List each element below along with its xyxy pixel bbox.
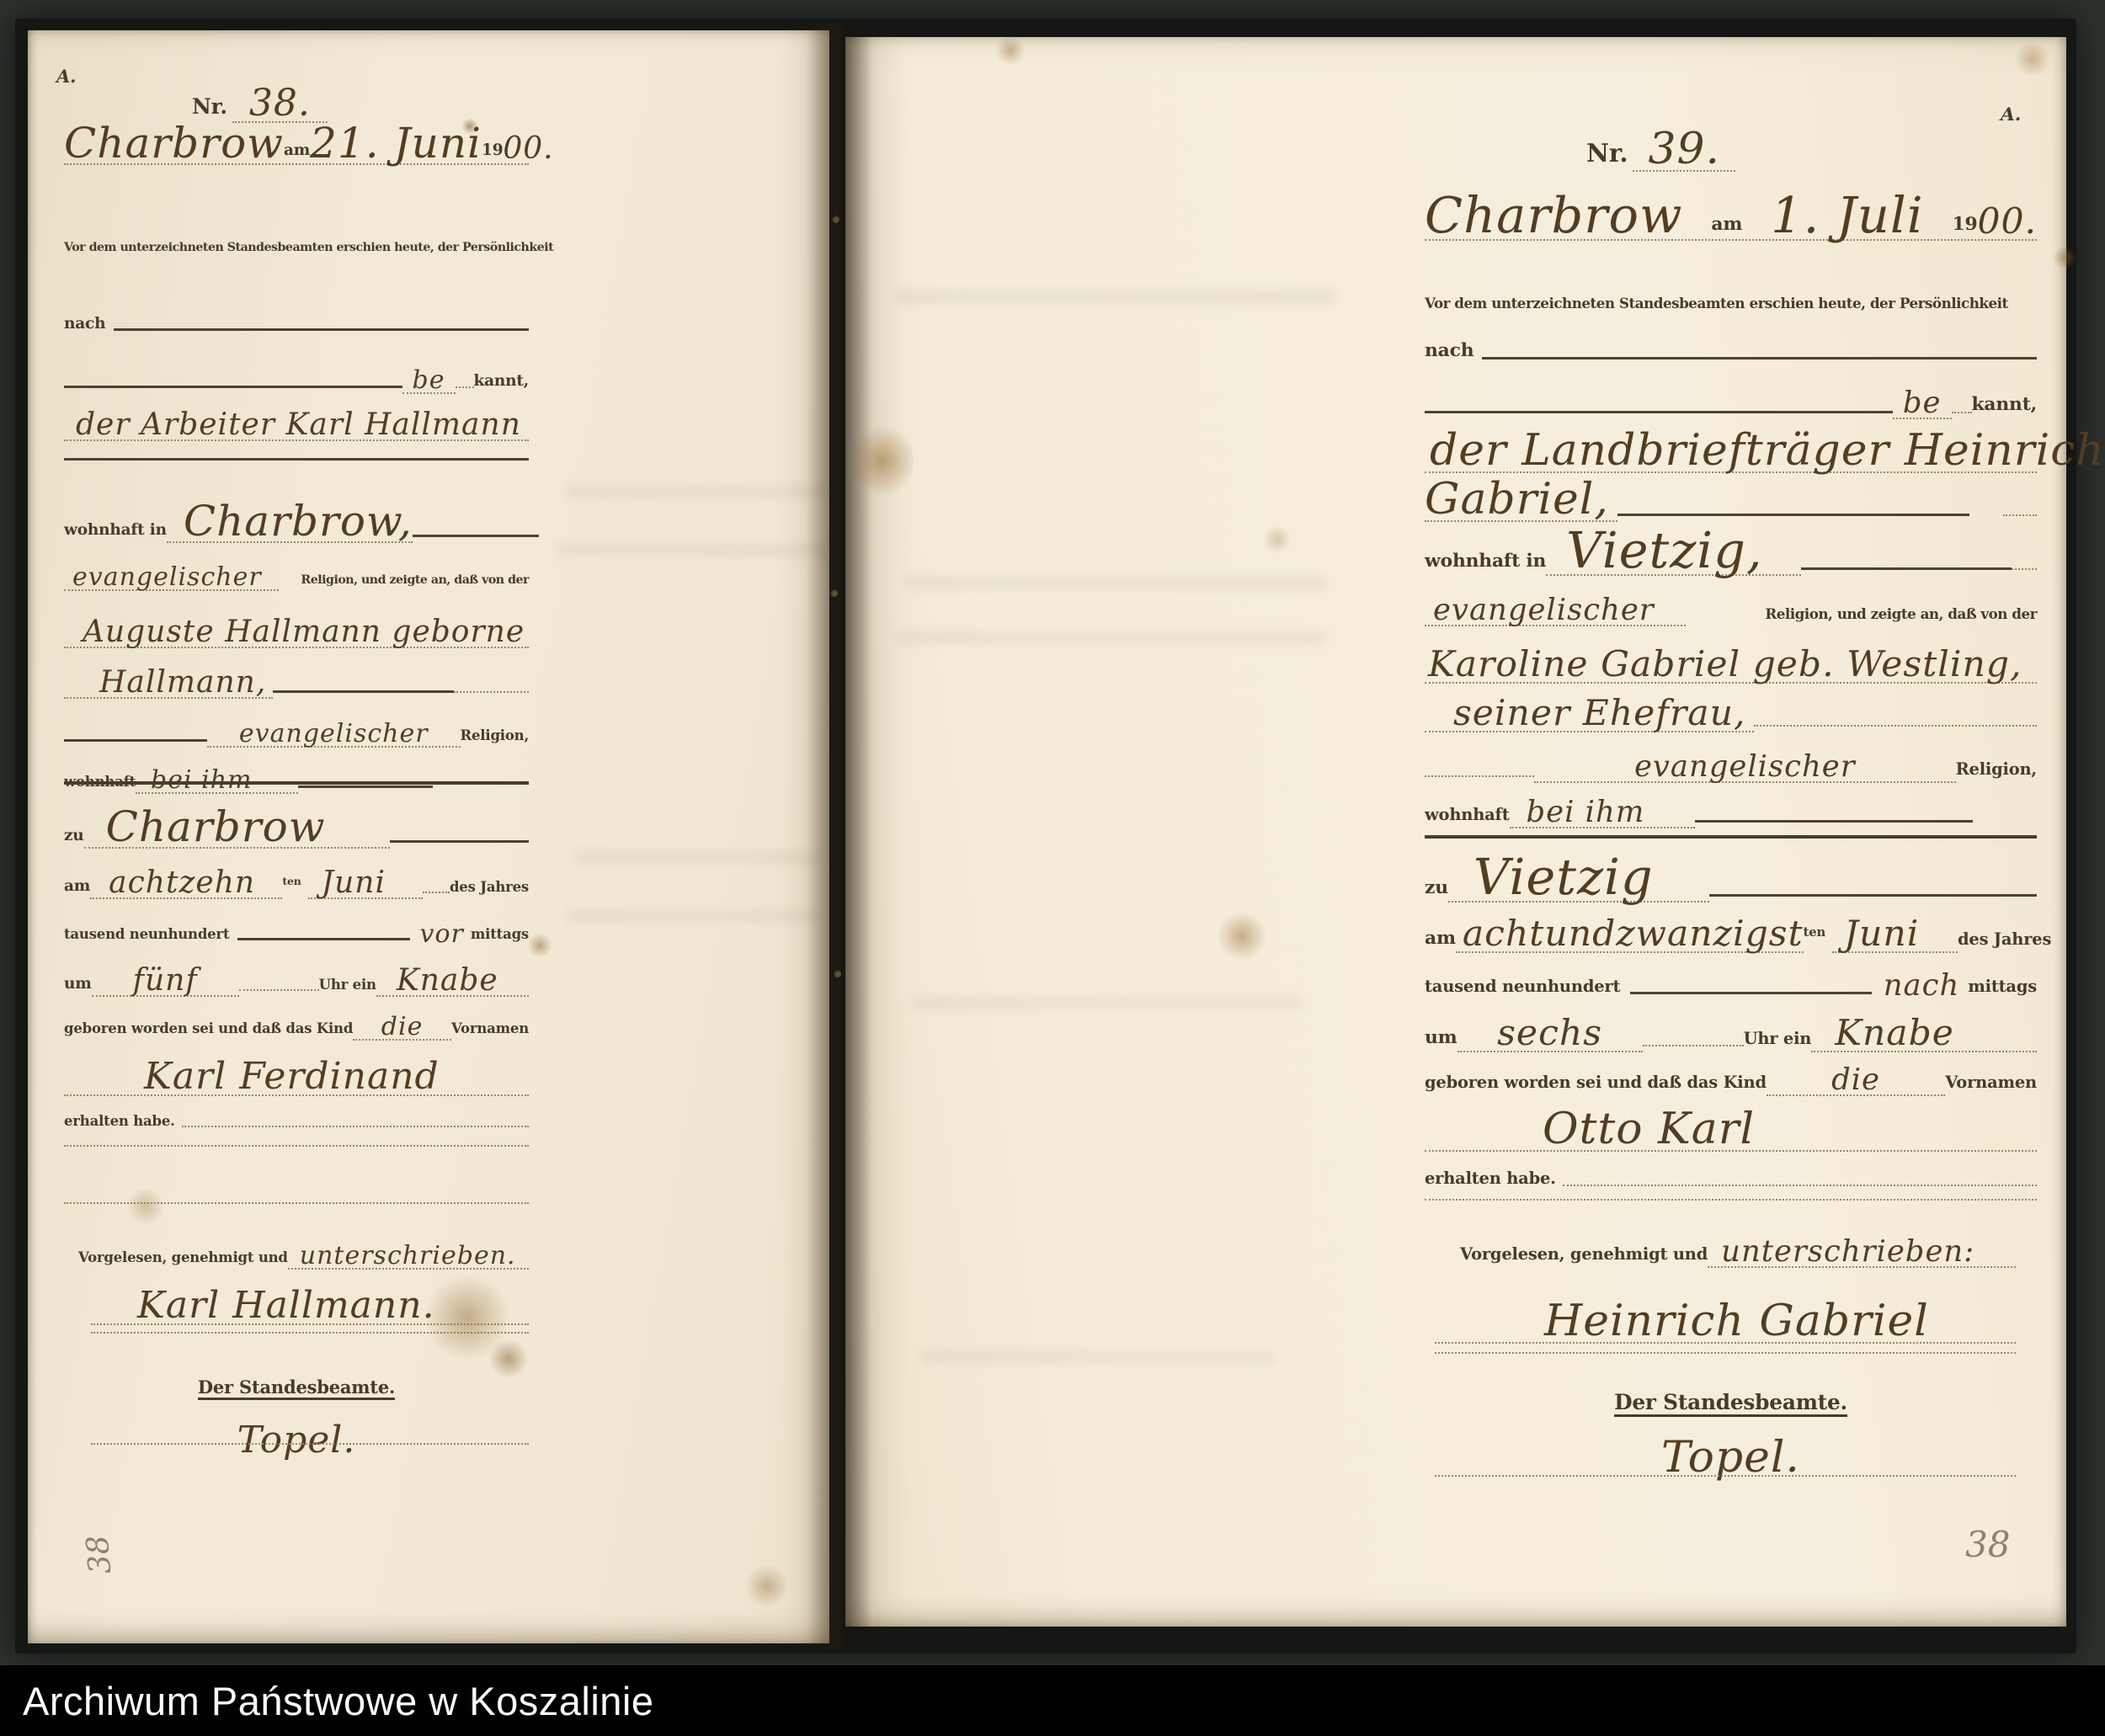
- archive-caption-text: Archiwum Państwowe w Koszalinie: [23, 1678, 654, 1724]
- empty-dotted-line: [1425, 1197, 2037, 1201]
- erhalten-row: erhalten habe.: [64, 1093, 529, 1133]
- erhalten-label: erhalten habe.: [1425, 1169, 1556, 1188]
- year-printed: 19: [1952, 214, 1977, 235]
- empty-dotted-line: [1435, 1350, 2016, 1354]
- date-handwritten: 1. Juli: [1771, 192, 1923, 239]
- nach-row: nach: [1425, 330, 2037, 365]
- right-page: A. Nr. 39. Charbrow am 1. Juli 19 00. Vo…: [845, 37, 2066, 1627]
- am2-label: am: [1425, 928, 1456, 949]
- tausend-label: tausend neunhundert: [1425, 977, 1620, 996]
- declarant-signature: Heinrich Gabriel: [1435, 1301, 1929, 1342]
- blank-line: [390, 840, 529, 843]
- vorgelesen-label: Vorgelesen, genehmigt und: [78, 1249, 288, 1265]
- erhalten-label: erhalten habe.: [64, 1113, 175, 1129]
- birthday-row: am achtundzwanzigst ten Juni des Jahres: [1425, 906, 2037, 953]
- uhr-ein-label: Uhr ein: [1744, 1029, 1812, 1048]
- die-handwritten: die: [1767, 1066, 1945, 1096]
- declarant-signature-row: Heinrich Gabriel: [1435, 1288, 2016, 1344]
- geboren-row: geboren worden sei und daß das Kind die …: [1425, 1054, 2037, 1096]
- geboren-row: geboren worden sei und daß das Kind die …: [64, 998, 529, 1041]
- blank-line: [1617, 514, 1969, 516]
- child-name-row: Karl Ferdinand: [64, 1044, 529, 1096]
- scanned-register-spread: A. Nr. 38. Charbrow am 21. Juni 19 00. V…: [0, 0, 2105, 1736]
- declarant-signature: Karl Hallmann.: [91, 1288, 435, 1323]
- sex-handwritten: Knabe: [1811, 1017, 2037, 1052]
- section-rule: [1425, 833, 2037, 839]
- blank-line: [298, 785, 433, 788]
- vorgelesen-row: Vorgelesen, genehmigt und unterschrieben…: [1460, 1222, 2016, 1268]
- place-date-row: Charbrow am 21. Juni 19 00.: [64, 108, 529, 165]
- blank-line: [1630, 992, 1872, 994]
- blank-line: [1695, 820, 1973, 823]
- unterschrieben-handwritten: unterschrieben.: [288, 1244, 529, 1270]
- hour-row: um fünf Uhr ein Knabe: [64, 950, 529, 997]
- empty-dotted-line: [64, 1143, 529, 1147]
- wohnhaft-row: wohnhaft bei ihm: [64, 752, 529, 794]
- blank-line: [1709, 894, 2037, 897]
- residence-row: wohnhaft in Vietzig,: [1425, 525, 2037, 576]
- residence-handwritten: Charbrow,: [167, 502, 413, 544]
- dotted-gap: [456, 386, 474, 388]
- section-letter-label: A.: [2001, 104, 2021, 125]
- archive-caption-bar: Archiwum Państwowe w Koszalinie: [0, 1665, 2105, 1736]
- dotted-line: [182, 1126, 529, 1127]
- section-letter: A.: [2001, 104, 2021, 130]
- am2-label: am: [64, 877, 90, 895]
- sex-handwritten: Knabe: [376, 967, 529, 997]
- zu-label: zu: [1425, 877, 1448, 898]
- dotted-line: [423, 892, 450, 893]
- left-page: A. Nr. 38. Charbrow am 21. Juni 19 00. V…: [28, 30, 829, 1643]
- child-name-handwritten: Otto Karl: [1425, 1109, 1755, 1150]
- um-label: um: [1425, 1027, 1458, 1048]
- intro-line: Vor dem unterzeichneten Standesbeamten e…: [64, 241, 529, 258]
- stitch-hole: [834, 970, 841, 977]
- nach-label: nach: [1425, 340, 1473, 361]
- erhalten-row: erhalten habe.: [1425, 1153, 2037, 1192]
- official-signature-row: Topel.: [64, 1406, 529, 1458]
- blank-line: [273, 690, 454, 693]
- empty-dotted-line: [1435, 1473, 2016, 1477]
- kannt-label: kannt,: [474, 372, 530, 390]
- declarant-row-1: der Landbriefträger Heinrich: [1425, 421, 2037, 473]
- religion1-handwritten: evangelischer: [64, 566, 279, 592]
- place-handwritten: Charbrow: [1425, 192, 1683, 239]
- residence-handwritten: Vietzig,: [1546, 527, 1801, 576]
- am-label: am: [1711, 214, 1742, 235]
- religion1-label: Religion, und zeigte an, daß von der: [1765, 605, 2037, 622]
- religion2-label: Religion,: [1956, 759, 2037, 779]
- stitch-hole: [832, 216, 839, 223]
- bekannt-row: be kannt,: [1425, 377, 2037, 419]
- empty-dotted-line: [91, 1330, 529, 1334]
- religion2-label: Religion,: [461, 727, 530, 743]
- wohnhaft-in-label: wohnhaft in: [1425, 551, 1546, 572]
- dotted-line: [1563, 1185, 2037, 1186]
- hour-row: um sechs Uhr ein Knabe: [1425, 1004, 2037, 1052]
- ten-label: ten: [1804, 925, 1825, 940]
- year-printed: 19: [482, 141, 503, 159]
- des-jahres-label: des Jahres: [450, 879, 529, 895]
- geboren-label: geboren worden sei und daß das Kind: [64, 1020, 353, 1036]
- dotted-line: [239, 989, 319, 991]
- mother1-handwritten: Auguste Hallmann geborne: [64, 618, 525, 647]
- mittags-label: mittags: [471, 926, 529, 942]
- stitch-hole: [830, 589, 838, 597]
- zu-label: zu: [64, 827, 84, 844]
- dotted-line: [2012, 568, 2037, 570]
- religion-row-2: evangelischer Religion,: [64, 702, 529, 748]
- dotted-line: [1425, 775, 1534, 777]
- standesbeamte-label: Der Standesbeamte.: [198, 1377, 395, 1400]
- birthmonth-handwritten: Juni: [1832, 918, 1958, 953]
- pencil-margin-number: 38: [1965, 1524, 2010, 1565]
- entry-number-value: 39.: [1633, 129, 1735, 172]
- official-signature-row: Topel.: [1425, 1426, 2037, 1478]
- vorgelesen-label: Vorgelesen, genehmigt und: [1460, 1244, 1708, 1264]
- section-letter: A.: [56, 66, 76, 91]
- um-label: um: [64, 975, 92, 993]
- birthplace-handwritten: Vietzig: [1448, 854, 1709, 903]
- nr-label: Nr.: [1586, 138, 1628, 168]
- mother-row-1: Auguste Hallmann geborne: [64, 596, 529, 648]
- mother-row-1: Karoline Gabriel geb. Westling,: [1425, 631, 2037, 684]
- ten-label: ten: [282, 875, 301, 887]
- bekannt-row: be kannt,: [64, 352, 529, 394]
- tausend-label: tausend neunhundert: [64, 926, 229, 942]
- residence-row: wohnhaft in Charbrow,: [64, 489, 529, 543]
- mother-row-2: Hallmann,: [64, 650, 529, 699]
- religion2-handwritten: evangelischer: [1534, 753, 1956, 783]
- dotted-line: [2003, 514, 2037, 516]
- standesbeamte-row: Der Standesbeamte.: [64, 1371, 529, 1404]
- vorgelesen-row: Vorgelesen, genehmigt und unterschrieben…: [78, 1226, 529, 1270]
- des-jahres-label: des Jahres: [1958, 929, 2051, 949]
- wohnhaft-label: wohnhaft: [1425, 805, 1510, 824]
- empty-dotted-line: [64, 1201, 529, 1204]
- birthday-handwritten: achtzehn: [90, 869, 282, 899]
- be-handwritten: be: [1893, 389, 1952, 419]
- year-row: tausend neunhundert vor mittags: [64, 903, 529, 946]
- blank-line: [114, 328, 529, 331]
- birthday-handwritten: achtundzwanzigst: [1456, 918, 1804, 953]
- uhr-ein-label: Uhr ein: [319, 977, 376, 993]
- child-name-handwritten: Karl Ferdinand: [64, 1059, 440, 1094]
- mother-row-2: seiner Ehefrau,: [1425, 684, 2037, 732]
- section-letter-label: A.: [56, 66, 76, 87]
- mittags-label: mittags: [1968, 977, 2037, 996]
- blank-line: [64, 386, 402, 388]
- kannt-label: kannt,: [1972, 394, 2038, 415]
- daytime-handwritten: vor: [410, 923, 471, 947]
- birthplace-row: zu Charbrow: [64, 798, 529, 849]
- dotted-line: [1643, 1045, 1744, 1046]
- blank-line: [1801, 567, 2012, 570]
- birthmonth-handwritten: Juni: [308, 869, 423, 899]
- die-handwritten: die: [353, 1015, 451, 1041]
- religion-row-1: evangelischer Religion, und zeigte an, d…: [1425, 581, 2037, 626]
- child-name-row: Otto Karl: [1425, 1100, 2037, 1152]
- nach-label: nach: [64, 315, 105, 333]
- unterschrieben-handwritten: unterschrieben:: [1708, 1238, 2016, 1268]
- blank-line: [237, 938, 409, 940]
- intro-text: Vor dem unterzeichneten Standesbeamten e…: [64, 241, 553, 254]
- dotted-line: [454, 691, 529, 693]
- wohnhaft-handwritten: bei ihm: [1510, 798, 1695, 828]
- official-signature: Topel.: [1661, 1437, 1800, 1478]
- religion1-handwritten: evangelischer: [1425, 596, 1686, 626]
- dotted-line: [1754, 725, 2037, 727]
- place-date-row: Charbrow am 1. Juli 19 00.: [1425, 182, 2037, 241]
- blank-line: [1482, 357, 2037, 359]
- empty-dotted-line: [91, 1441, 529, 1445]
- intro-line: Vor dem unterzeichneten Standesbeamten e…: [1425, 295, 2037, 316]
- declarant-row-1: der Arbeiter Karl Hallmann: [64, 391, 529, 441]
- mother2-handwritten: Hallmann,: [64, 668, 273, 699]
- year-handwritten: 00.: [503, 135, 553, 163]
- birthplace-row: zu Vietzig: [1425, 854, 2037, 903]
- section-rule: [64, 780, 529, 785]
- wohnhaft-in-label: wohnhaft in: [64, 521, 167, 539]
- year-row: tausend neunhundert nach mittags: [1425, 956, 2037, 1000]
- geboren-label: geboren worden sei und daß das Kind: [1425, 1073, 1767, 1092]
- date-handwritten: 21. Juni: [310, 124, 482, 164]
- birthplace-handwritten: Charbrow: [84, 807, 390, 849]
- blank-line: [413, 535, 539, 537]
- year-handwritten: 00.: [1977, 205, 2037, 239]
- entry-number-row: Nr. 39.: [1586, 118, 1735, 172]
- standesbeamte-row: Der Standesbeamte.: [1425, 1386, 2037, 1421]
- place-handwritten: Charbrow: [64, 124, 284, 164]
- wohnhaft-row: wohnhaft bei ihm: [1425, 785, 2037, 828]
- religion1-label: Religion, und zeigte an, daß von der: [301, 573, 529, 587]
- declarant-signature-row: Karl Hallmann.: [91, 1270, 529, 1325]
- vornamen-label: Vornamen: [451, 1020, 529, 1036]
- religion2-handwritten: evangelischer: [207, 722, 461, 748]
- mother2-handwritten: seiner Ehefrau,: [1425, 697, 1754, 732]
- religion-row-1: evangelischer Religion, und zeigte an, d…: [64, 551, 529, 591]
- hour-handwritten: sechs: [1458, 1017, 1643, 1052]
- declarant-handwritten: der Landbriefträger Heinrich: [1425, 430, 2105, 471]
- religion-row-2: evangelischer Religion,: [1425, 736, 2037, 783]
- declarant-row-2: Gabriel,: [1425, 475, 2037, 522]
- intro-text: Vor dem unterzeichneten Standesbeamten e…: [1425, 295, 2008, 312]
- nach-row: nach: [64, 298, 529, 337]
- vornamen-label: Vornamen: [1945, 1073, 2037, 1092]
- declarant-row-2: [64, 434, 529, 466]
- blank-line: [64, 458, 529, 461]
- dotted-gap: [1952, 412, 1972, 413]
- declarant2-handwritten: Gabriel,: [1425, 479, 1617, 522]
- birthday-row: am achtzehn ten Juni des Jahres: [64, 852, 529, 899]
- blank-line: [64, 739, 207, 742]
- hour-handwritten: fünf: [92, 967, 239, 997]
- standesbeamte-label: Der Standesbeamte.: [1614, 1390, 1847, 1417]
- daytime-handwritten: nach: [1872, 972, 1969, 1000]
- am-label: am: [284, 141, 310, 159]
- mother1-handwritten: Karoline Gabriel geb. Westling,: [1425, 648, 2022, 682]
- blank-line: [1425, 411, 1893, 413]
- pencil-margin-number: 38: [80, 1534, 118, 1575]
